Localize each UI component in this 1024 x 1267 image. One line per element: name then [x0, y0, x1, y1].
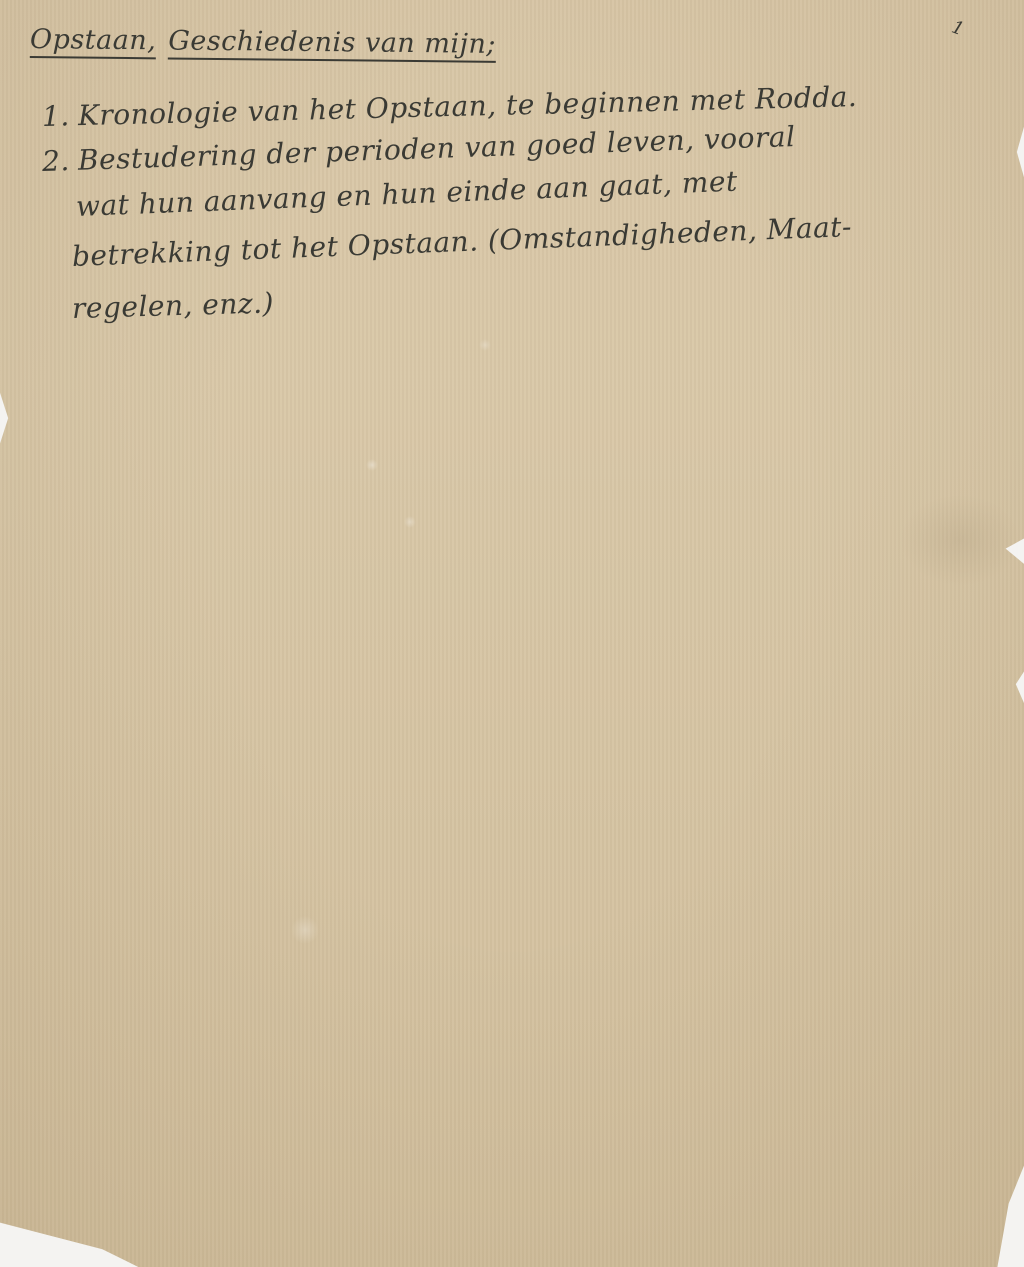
- list-item-number: 1.: [42, 99, 79, 133]
- title-part-geschiedenis: Geschiedenis van mijn;: [168, 25, 496, 62]
- manuscript-page: 1 Opstaan,Geschiedenis van mijn; 1.Krono…: [0, 0, 1024, 1267]
- list-item-2-continuation: regelen, enz.): [72, 286, 275, 325]
- page-title: Opstaan,Geschiedenis van mijn;: [30, 24, 496, 60]
- list-item-number: 2.: [41, 144, 78, 178]
- title-part-opstaan: Opstaan,: [30, 24, 157, 59]
- page-number: 1: [949, 17, 967, 41]
- list-item-2-continuation: betrekking tot het Opstaan. (Omstandighe…: [71, 210, 852, 273]
